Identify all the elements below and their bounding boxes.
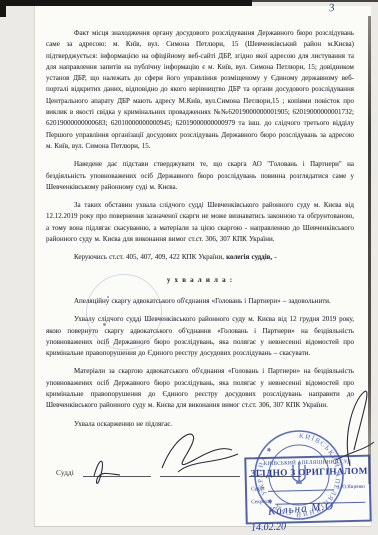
- page-edge-shadow: [368, 16, 371, 484]
- scan-artifact-corner: [0, 0, 6, 17]
- paragraph-materials-forward: Матеріали за скаргою адвокатського об'єд…: [46, 366, 354, 411]
- ruling-text: Факт місця знаходження органу досудового…: [46, 28, 354, 437]
- paragraph-conclusion: Наведене дає підстави стверджувати те, щ…: [46, 159, 354, 193]
- trident-emblem-icon: [293, 462, 305, 483]
- signature-line: [160, 466, 240, 477]
- scan-artifact-top-line: [252, 0, 378, 2]
- panel-of-judges-text: колегія суддів, -: [226, 253, 277, 261]
- signature-line: [83, 466, 151, 477]
- guided-by-text: Керуючись ст.ст. 405, 407, 409, 422 КПК …: [74, 253, 226, 261]
- ink-dot: [107, 296, 109, 298]
- judges-label: Судді: [56, 468, 74, 477]
- faint-seal-imprint: [86, 274, 162, 350]
- ruling-heading: у х в а л и л а :: [46, 275, 354, 286]
- court-seal: КИЇВСЬКИЙ АПЕЛЯЦІЙНИЙ СУД ★ УКРАЇНА ★: [251, 427, 347, 523]
- certification-date: 14.02.20: [251, 521, 286, 533]
- ink-dot: [103, 323, 106, 326]
- paragraph-guided-by: Керуючись ст.ст. 405, 407, 409, 422 КПК …: [46, 252, 354, 263]
- handwritten-page-number: 3: [328, 2, 335, 15]
- scan-artifact-top-bar: [0, 0, 252, 6]
- paragraph-location-fact: Факт місця знаходження органу досудового…: [46, 28, 354, 152]
- paragraph-circumstances: За таких обставин ухвала слідчого судді …: [46, 200, 354, 245]
- scanned-court-document: 3 Факт місця знаходження органу досудово…: [0, 0, 378, 535]
